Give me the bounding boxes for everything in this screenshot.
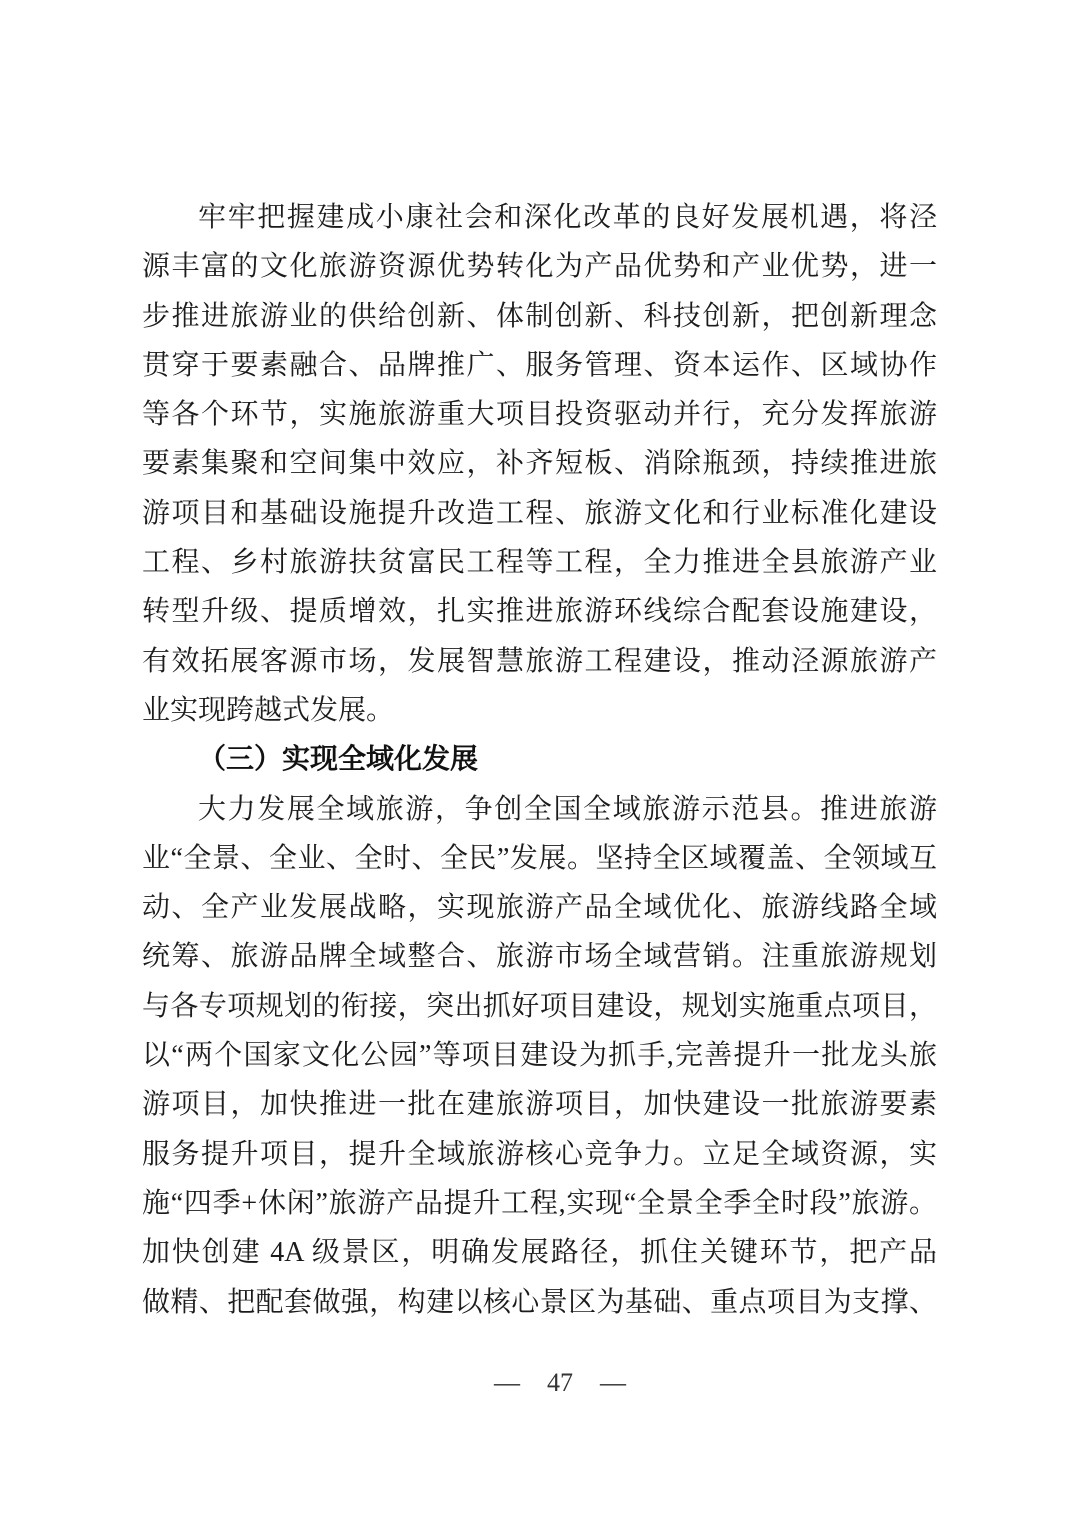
text-line: 源丰富的文化旅游资源优势转化为产品优势和产业优势，进一: [142, 242, 937, 291]
text-line: 大力发展全域旅游，争创全国全域旅游示范县。推进旅游: [142, 785, 937, 834]
text-line: 牢牢把握建成小康社会和深化改革的良好发展机遇，将泾: [142, 193, 937, 242]
text-line: 以“两个国家文化公园”等项目建设为抓手,完善提升一批龙头旅: [142, 1031, 937, 1080]
text-line: 游项目和基础设施提升改造工程、旅游文化和行业标准化建设: [142, 489, 937, 538]
text-line: 等各个环节，实施旅游重大项目投资驱动并行，充分发挥旅游: [142, 390, 937, 439]
paragraph-all-region-tourism: 大力发展全域旅游，争创全国全域旅游示范县。推进旅游业“全景、全业、全时、全民”发…: [142, 785, 937, 1327]
footer-dash-left: —: [494, 1368, 520, 1397]
text-line: 服务提升项目，提升全域旅游核心竞争力。立足全域资源，实: [142, 1130, 937, 1179]
text-line: 动、全产业发展战略，实现旅游产品全域优化、旅游线路全域: [142, 883, 937, 932]
paragraph-development-opportunities: 牢牢把握建成小康社会和深化改革的良好发展机遇，将泾源丰富的文化旅游资源优势转化为…: [142, 193, 937, 735]
text-line: 统筹、旅游品牌全域整合、旅游市场全域营销。注重旅游规划: [142, 932, 937, 981]
text-line: 有效拓展客源市场，发展智慧旅游工程建设，推动泾源旅游产: [142, 637, 937, 686]
section-heading: （三）实现全域化发展: [142, 735, 937, 784]
text-block: 牢牢把握建成小康社会和深化改革的良好发展机遇，将泾源丰富的文化旅游资源优势转化为…: [142, 193, 937, 1327]
text-line: 步推进旅游业的供给创新、体制创新、科技创新，把创新理念: [142, 292, 937, 341]
text-line: 转型升级、提质增效，扎实推进旅游环线综合配套设施建设，: [142, 587, 937, 636]
text-line: 贯穿于要素融合、品牌推广、服务管理、资本运作、区域协作: [142, 341, 937, 390]
text-line: 要素集聚和空间集中效应，补齐短板、消除瓶颈，持续推进旅: [142, 439, 937, 488]
text-line: 游项目，加快推进一批在建旅游项目，加快建设一批旅游要素: [142, 1080, 937, 1129]
page-footer: —47—: [0, 1366, 1070, 1400]
text-line: 与各专项规划的衔接，突出抓好项目建设，规划实施重点项目，: [142, 982, 937, 1031]
text-line: 业“全景、全业、全时、全民”发展。坚持全区域覆盖、全领域互: [142, 834, 937, 883]
page-number: 47: [547, 1368, 573, 1397]
text-line: 施“四季+休闲”旅游产品提升工程,实现“全景全季全时段”旅游。: [142, 1179, 937, 1228]
footer-dash-right: —: [600, 1368, 626, 1397]
text-line: 工程、乡村旅游扶贫富民工程等工程，全力推进全县旅游产业: [142, 538, 937, 587]
text-line: 做精、把配套做强，构建以核心景区为基础、重点项目为支撑、: [142, 1278, 937, 1327]
text-line: 业实现跨越式发展。: [142, 686, 937, 735]
text-line: 加快创建 4A 级景区，明确发展路径，抓住关键环节，把产品: [142, 1228, 937, 1277]
